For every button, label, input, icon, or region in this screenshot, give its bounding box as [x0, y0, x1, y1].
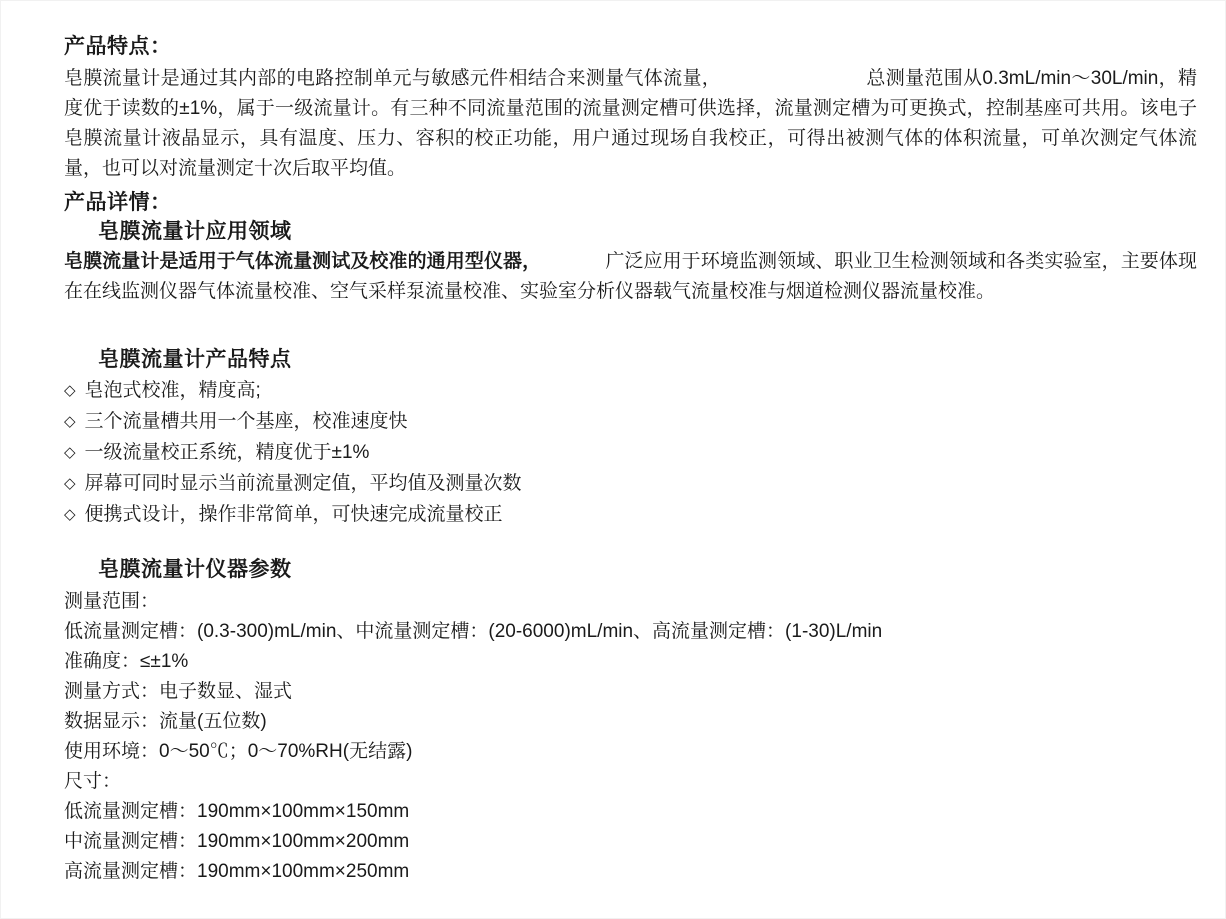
spec-line-measuring-range-values: 低流量测定槽：(0.3-300)mL/min、中流量测定槽：(20-6000)m…: [64, 617, 1197, 647]
spec-line-measuring-range-label: 测量范围：: [64, 587, 1197, 617]
applications-paragraph: 皂膜流量计是适用于气体流量测试及校准的通用型仪器，广泛应用于环境监测领域、职业卫…: [64, 247, 1197, 307]
spec-line-measuring-method: 测量方式：电子数显、湿式: [64, 677, 1197, 707]
diamond-bullet-icon: ◇: [64, 475, 76, 492]
spec-line-low-flow-cell-size: 低流量测定槽：190mm×100mm×150mm: [64, 797, 1197, 827]
feature-list-item: ◇便携式设计，操作非常简单，可快速完成流量校正: [64, 500, 1197, 531]
feature-item-text: 一级流量校正系统，精度优于±1%: [85, 442, 370, 463]
feature-list-item: ◇皂泡式校准，精度高;: [64, 376, 1197, 407]
feature-item-text: 三个流量槽共用一个基座，校准速度快: [85, 411, 408, 432]
section-title-product-features: 产品特点：: [64, 34, 1197, 60]
feature-item-text: 皂泡式校准，精度高;: [85, 380, 261, 401]
feature-list-item: ◇三个流量槽共用一个基座，校准速度快: [64, 407, 1197, 438]
spec-line-dimensions-label: 尺寸：: [64, 767, 1197, 797]
subsection-title-instrument-parameters: 皂膜流量计仪器参数: [64, 557, 1197, 583]
intro-text-part1: 皂膜流量计是通过其内部的电路控制单元与敏感元件相结合来测量气体流量，: [64, 68, 721, 89]
feature-bullet-list: ◇皂泡式校准，精度高; ◇三个流量槽共用一个基座，校准速度快 ◇一级流量校正系统…: [64, 376, 1197, 531]
spec-line-high-flow-cell-size: 高流量测定槽：190mm×100mm×250mm: [64, 857, 1197, 887]
feature-list-item: ◇屏幕可同时显示当前流量测定值，平均值及测量次数: [64, 469, 1197, 500]
spec-line-operating-environment: 使用环境：0～50℃；0～70%RH(无结露): [64, 737, 1197, 767]
subsection-title-product-feature-list: 皂膜流量计产品特点: [64, 347, 1197, 373]
intro-paragraph: 皂膜流量计是通过其内部的电路控制单元与敏感元件相结合来测量气体流量，总测量范围从…: [64, 64, 1197, 184]
diamond-bullet-icon: ◇: [64, 444, 76, 461]
feature-item-text: 屏幕可同时显示当前流量测定值，平均值及测量次数: [85, 473, 522, 494]
subsection-title-application-fields: 皂膜流量计应用领域: [64, 219, 1197, 245]
feature-list-item: ◇一级流量校正系统，精度优于±1%: [64, 438, 1197, 469]
section-title-product-details: 产品详情：: [64, 190, 1197, 216]
feature-item-text: 便携式设计，操作非常简单，可快速完成流量校正: [85, 504, 503, 525]
spec-line-accuracy: 准确度：≤±1%: [64, 647, 1197, 677]
diamond-bullet-icon: ◇: [64, 382, 76, 399]
product-detail-page: 产品特点： 皂膜流量计是通过其内部的电路控制单元与敏感元件相结合来测量气体流量，…: [0, 0, 1226, 919]
spec-parameter-list: 测量范围： 低流量测定槽：(0.3-300)mL/min、中流量测定槽：(20-…: [64, 587, 1197, 887]
applications-lead-bold: 皂膜流量计是适用于气体流量测试及校准的通用型仪器，: [64, 251, 541, 272]
diamond-bullet-icon: ◇: [64, 413, 76, 430]
diamond-bullet-icon: ◇: [64, 506, 76, 523]
spec-line-data-display: 数据显示：流量(五位数): [64, 707, 1197, 737]
spec-line-mid-flow-cell-size: 中流量测定槽：190mm×100mm×200mm: [64, 827, 1197, 857]
